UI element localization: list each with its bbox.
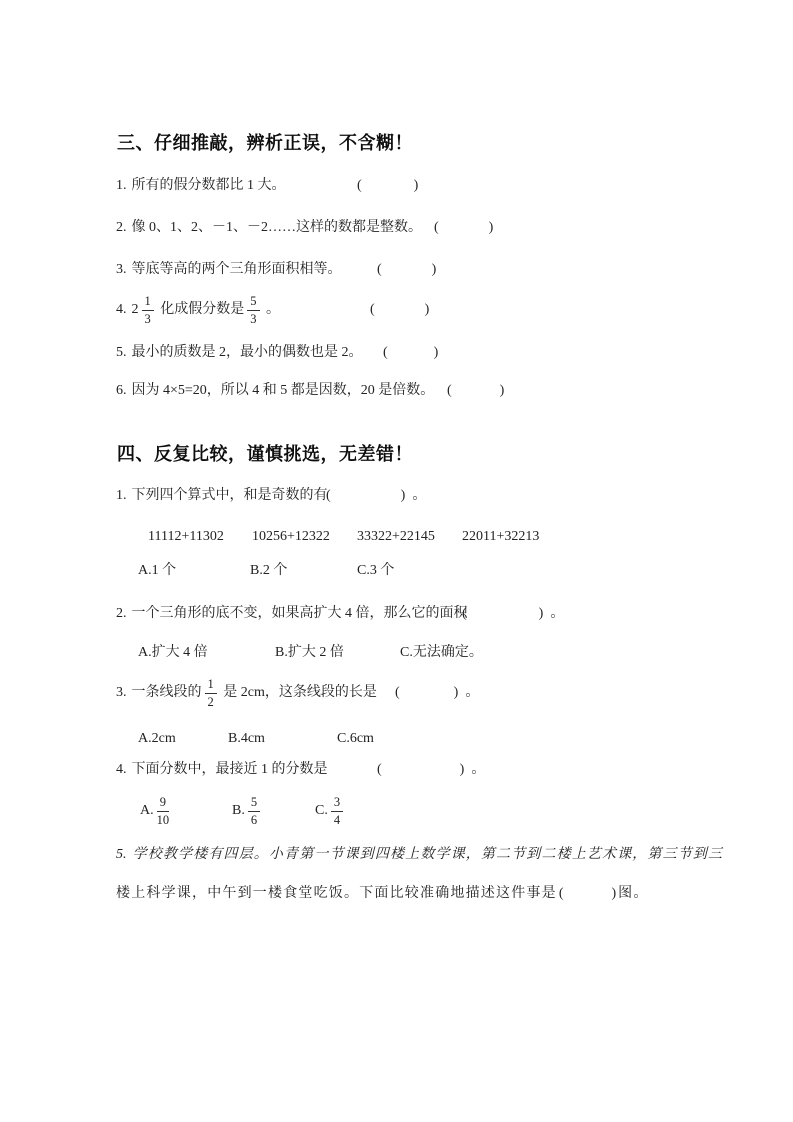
option-c: C.6cm xyxy=(337,729,374,749)
choice-question-5-line2: 楼上科学课，中午到一楼食堂吃饭。下面比较准确地描述这件事是()图。 xyxy=(0,884,793,904)
answer-bracket: () xyxy=(559,884,616,904)
answer-bracket: ()。 xyxy=(377,760,485,780)
choice-question-4: 4.下面分数中，最接近 1 的分数是 ()。 xyxy=(0,760,793,780)
q3-options-row: A.2cm B.4cm C.6cm xyxy=(0,729,793,749)
question-text: 3.等底等高的两个三角形面积相等。 xyxy=(116,260,342,280)
fraction: 53 xyxy=(247,294,259,326)
question-text: 5.最小的质数是 2，最小的偶数也是 2。 xyxy=(116,343,363,363)
option-c: C.34 xyxy=(315,786,346,836)
fraction: 12 xyxy=(205,677,217,709)
question-number: 1. xyxy=(116,486,127,506)
sum-expression: 10256+12322 xyxy=(252,527,330,547)
option-b: B.2 个 xyxy=(250,561,287,581)
tf-question-2: 2.像 0、1、2、－1、－2……这样的数都是整数。 () xyxy=(0,218,793,238)
question-text: 1.所有的假分数都比 1 大。 xyxy=(116,176,286,196)
question-number: 4. xyxy=(116,300,127,320)
answer-bracket: () xyxy=(447,381,504,401)
answer-bracket: () xyxy=(370,291,429,329)
question-text: 5.学校教学楼有四层。小青第一节课到四楼上数学课，第二节到二楼上艺术课，第三节到… xyxy=(116,845,722,865)
fraction: 34 xyxy=(331,795,343,827)
fraction: 910 xyxy=(157,795,170,827)
option-a: A.2cm xyxy=(138,729,176,749)
question-number: 1. xyxy=(116,176,127,196)
question-text: 3.一条线段的12 是 2cm，这条线段的长是 xyxy=(116,674,377,712)
choice-question-1: 1.下列四个算式中，和是奇数的有 ()。 xyxy=(0,486,793,506)
question-text: 2.一个三角形的底不变，如果高扩大 4 倍，那么它的面积 xyxy=(116,604,468,624)
question-number: 3. xyxy=(116,260,127,280)
question-text: 2.像 0、1、2、－1、－2……这样的数都是整数。 xyxy=(116,218,422,238)
question-text: 1.下列四个算式中，和是奇数的有 xyxy=(116,486,328,506)
option-b: B.4cm xyxy=(228,729,265,749)
answer-bracket: () xyxy=(383,343,438,363)
option-a: A.1 个 xyxy=(138,561,176,581)
worksheet-page: 三、仔细推敲，辨析正误，不含糊！ 1.所有的假分数都比 1 大。 () 2.像 … xyxy=(0,0,793,1122)
answer-bracket: ()。 xyxy=(326,486,426,506)
section4-title: 四、反复比较，谨慎挑选，无差错！ xyxy=(117,442,413,466)
q4-options-row: A.910 B.56 C.34 xyxy=(0,786,793,836)
sum-expressions-row: 11112+11302 10256+12322 33322+22145 2201… xyxy=(0,527,793,547)
question-number: 5. xyxy=(116,847,127,862)
question-number: 3. xyxy=(116,683,127,703)
q1-options-row: A.1 个 B.2 个 C.3 个 xyxy=(0,561,793,581)
sum-expression: 33322+22145 xyxy=(357,527,435,547)
choice-question-5-line1: 5.学校教学楼有四层。小青第一节课到四楼上数学课，第二节到二楼上艺术课，第三节到… xyxy=(0,845,793,865)
answer-bracket: ()。 xyxy=(395,674,479,712)
question-number: 5. xyxy=(116,343,127,363)
option-a: A.910 xyxy=(140,786,172,836)
tf-question-3: 3.等底等高的两个三角形面积相等。 () xyxy=(0,260,793,280)
tf-question-4: 4.213 化成假分数是53 。 () xyxy=(0,291,793,329)
answer-bracket: () xyxy=(357,176,418,196)
question-number: 6. xyxy=(116,381,127,401)
option-b: B.扩大 2 倍 xyxy=(275,643,344,663)
choice-question-2: 2.一个三角形的底不变，如果高扩大 4 倍，那么它的面积 ()。 xyxy=(0,604,793,624)
option-b: B.56 xyxy=(232,786,263,836)
q2-options-row: A.扩大 4 倍 B.扩大 2 倍 C.无法确定。 xyxy=(0,643,793,663)
question-number: 2. xyxy=(116,218,127,238)
question-text: 4.下面分数中，最接近 1 的分数是 xyxy=(116,760,328,780)
choice-question-3: 3.一条线段的12 是 2cm，这条线段的长是 ()。 xyxy=(0,674,793,712)
question-text: 楼上科学课，中午到一楼食堂吃饭。下面比较准确地描述这件事是()图。 xyxy=(116,884,649,904)
tf-question-5: 5.最小的质数是 2，最小的偶数也是 2。 () xyxy=(0,343,793,363)
sum-expression: 22011+32213 xyxy=(462,527,539,547)
sum-expression: 11112+11302 xyxy=(148,527,224,547)
answer-bracket: ()。 xyxy=(462,604,564,624)
option-a: A.扩大 4 倍 xyxy=(138,643,208,663)
question-number: 4. xyxy=(116,760,127,780)
fraction: 13 xyxy=(142,294,154,326)
tf-question-1: 1.所有的假分数都比 1 大。 () xyxy=(0,176,793,196)
question-text: 4.213 化成假分数是53 。 xyxy=(116,291,280,329)
answer-bracket: () xyxy=(434,218,493,238)
option-c: C.无法确定。 xyxy=(400,643,483,663)
question-number: 2. xyxy=(116,604,127,624)
answer-bracket: () xyxy=(377,260,436,280)
question-text: 6.因为 4×5=20，所以 4 和 5 都是因数，20 是倍数。 xyxy=(116,381,434,401)
section3-title: 三、仔细推敲，辨析正误，不含糊！ xyxy=(117,131,413,155)
fraction: 56 xyxy=(248,795,260,827)
tf-question-6: 6.因为 4×5=20，所以 4 和 5 都是因数，20 是倍数。 () xyxy=(0,381,793,401)
option-c: C.3 个 xyxy=(357,561,394,581)
